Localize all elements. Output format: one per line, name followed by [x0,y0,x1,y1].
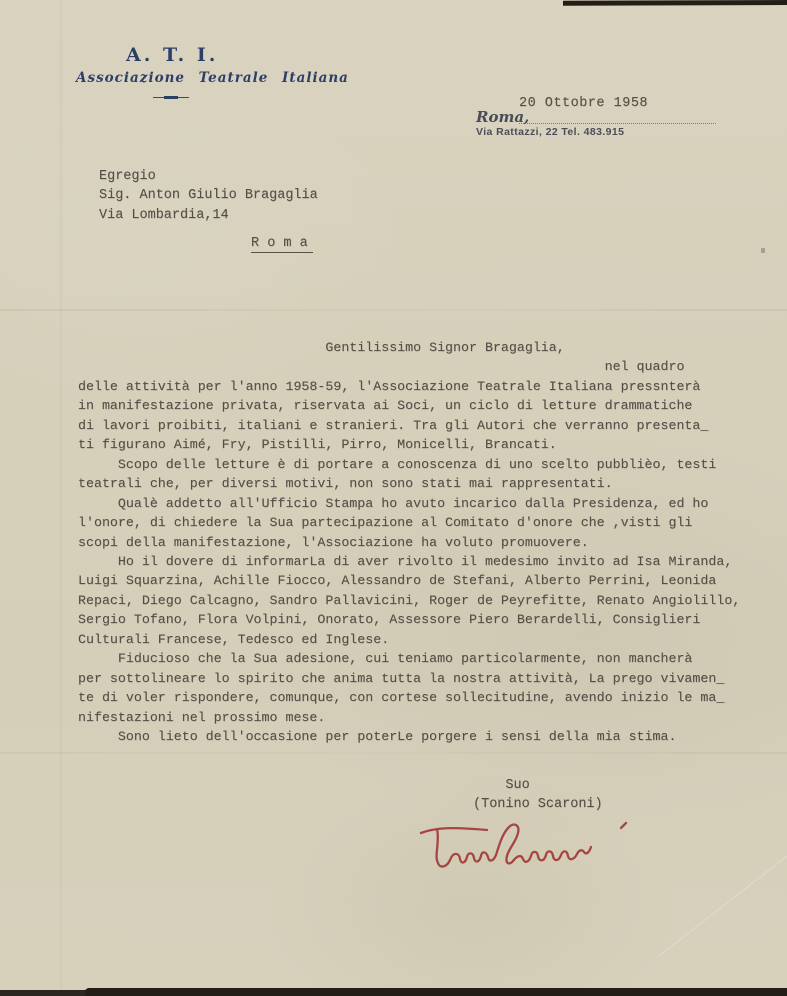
letter-body: Gentilissimo Signor Bragaglia, nel quadr… [78,338,740,747]
paper-crease [659,845,787,957]
scan-edge-top [563,0,787,6]
letterhead-street-address: Via Rattazzi, 22 Tel. 483.915 [476,126,624,138]
scanned-letter: A. T. I. Associazione Teatrale Italiana … [0,0,787,996]
letterhead-rule-dash [164,96,178,99]
recipient-address: Egregio Sig. Anton Giulio Bragaglia Via … [99,167,318,225]
recipient-city-underlined: R o m a [251,236,313,253]
scan-edge-bottom [85,988,787,996]
date-dotted-line [519,111,716,124]
closing-block: Suo (Tonino Scaroni) [473,776,603,815]
letterhead-rule [153,97,189,98]
paper-fold-line [0,309,787,311]
organization-abbreviation: A. T. I. [126,44,218,66]
paper-crease [60,0,62,990]
letter-paper: A. T. I. Associazione Teatrale Italiana … [0,0,787,990]
paper-fold-line [0,752,787,754]
typed-date: 20 Ottobre 1958 [519,96,648,111]
handwritten-signature [413,816,648,878]
pencil-speck [761,248,765,253]
organization-name: Associazione Teatrale Italiana [76,70,349,86]
